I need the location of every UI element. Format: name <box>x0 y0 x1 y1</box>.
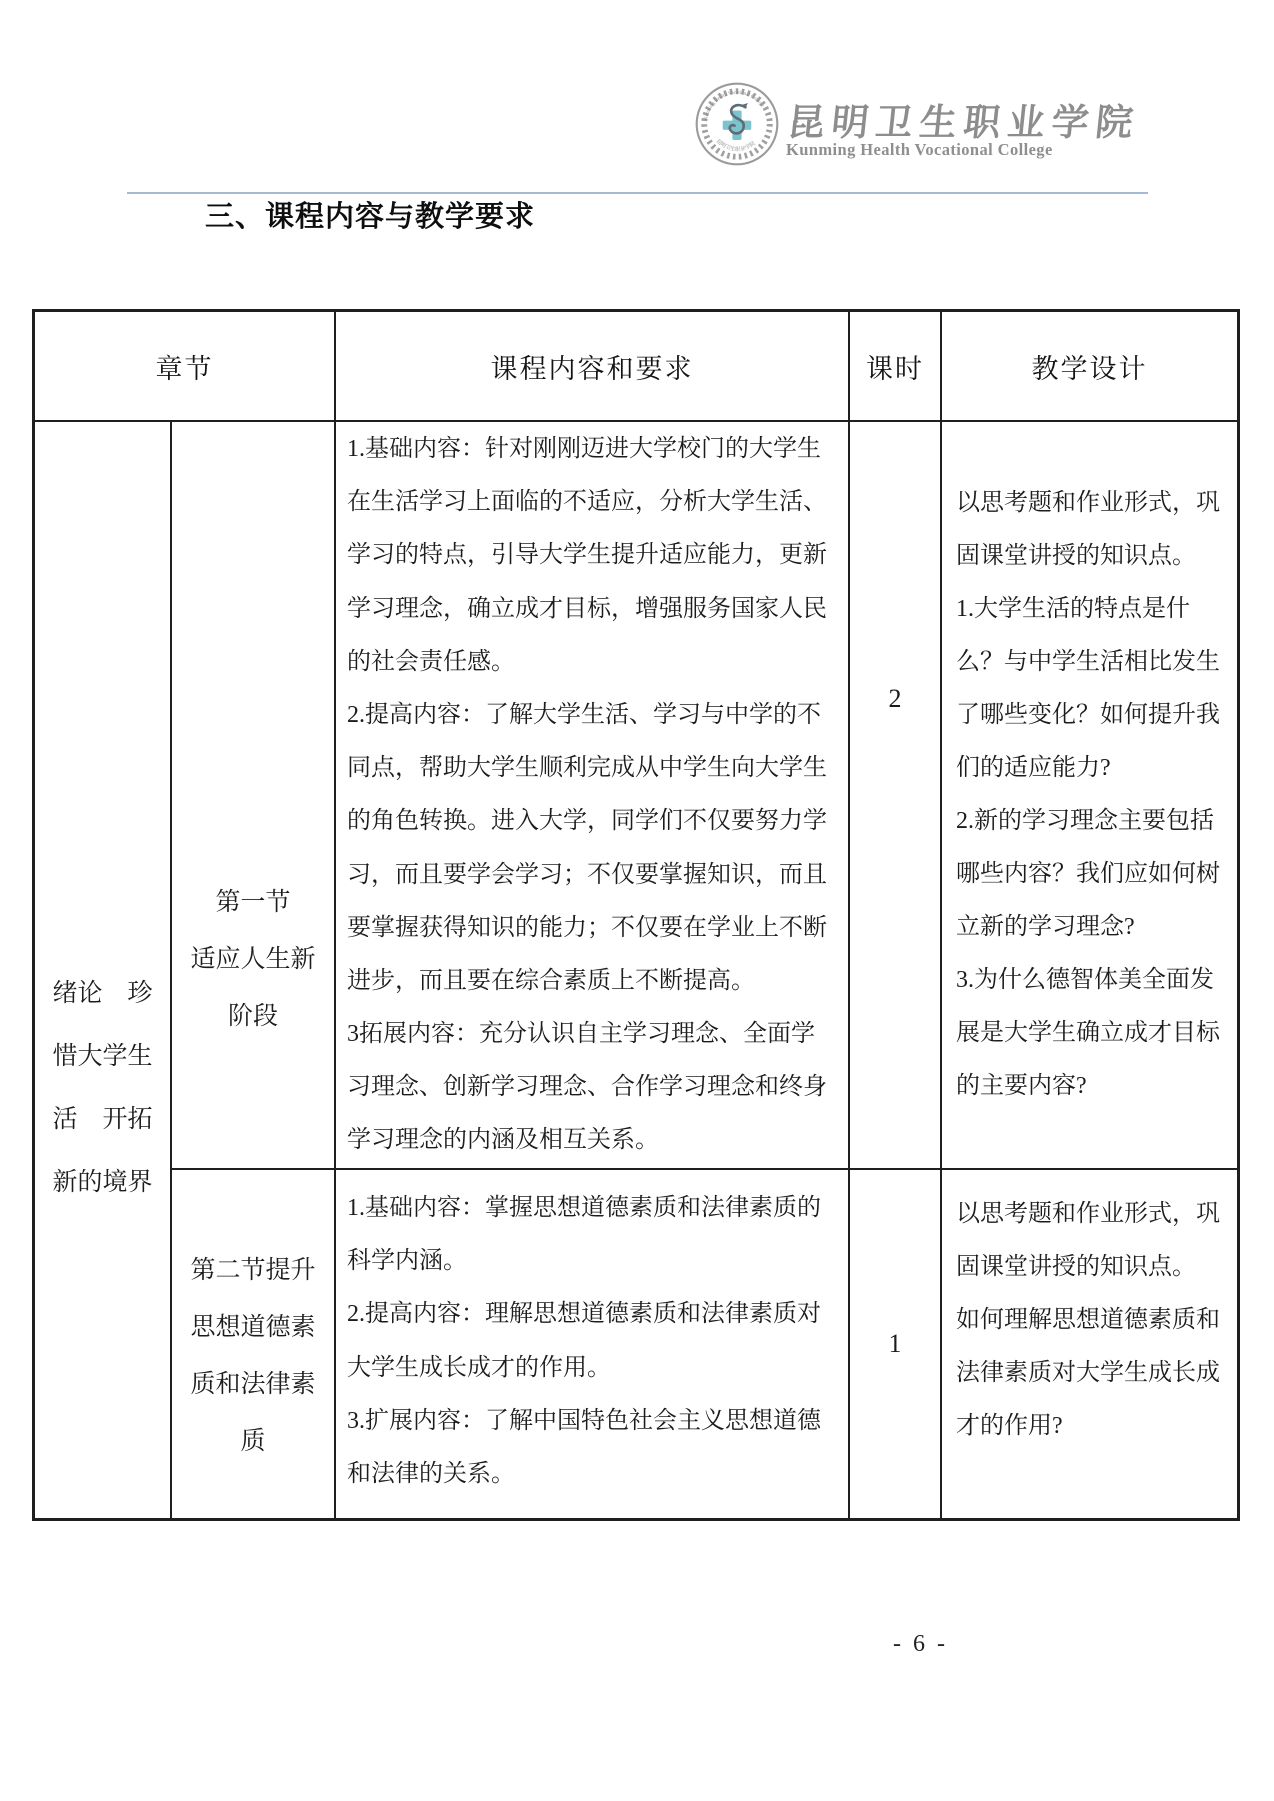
text-line: 进步，而且要在综合素质上不断提高。 <box>347 955 840 1008</box>
text-line: 3.扩展内容：了解中国特色社会主义思想道德 <box>347 1395 840 1448</box>
section-cell-2: 第二节提升思想道德素质和法律素质 <box>170 1168 334 1518</box>
hours-cell-2: 1 <box>848 1168 940 1518</box>
text-line: 3.为什么德智体美全面发 <box>956 954 1237 1007</box>
text-line: 1.基础内容：针对刚刚迈进大学校门的大学生 <box>347 423 840 476</box>
text-line: 固课堂讲授的知识点。 <box>956 530 1237 583</box>
text-line: 阶段 <box>172 988 334 1045</box>
college-name-zh: 昆明卫生职业学院 <box>785 92 1131 146</box>
text-line: 以思考题和作业形式，巩 <box>956 477 1237 530</box>
college-name-en: Kunming Health Vocational College <box>786 140 1146 160</box>
text-line: 质 <box>172 1413 334 1470</box>
text-line: 1.基础内容：掌握思想道德素质和法律素质的 <box>347 1182 840 1235</box>
th-content: 课程内容和要求 <box>334 312 848 420</box>
text-line: 同点，帮助大学生顺利完成从中学生向大学生 <box>347 742 840 795</box>
text-line: 新的境界 <box>35 1151 170 1214</box>
text-line: 的角色转换。进入大学，同学们不仅要努力学 <box>347 795 840 848</box>
content-cell-1: 1.基础内容：针对刚刚迈进大学校门的大学生在生活学习上面临的不适应，分析大学生活… <box>334 420 848 1168</box>
text-line: 习理念、创新学习理念、合作学习理念和终身 <box>347 1061 840 1114</box>
text-line: 第一节 <box>172 874 334 931</box>
text-line: 才的作用? <box>956 1400 1231 1453</box>
text-line: 么？与中学生活相比发生 <box>956 636 1237 689</box>
text-line: 如何理解思想道德素质和 <box>956 1294 1231 1347</box>
content-cell-2: 1.基础内容：掌握思想道德素质和法律素质的科学内涵。2.提高内容：理解思想道德素… <box>334 1168 848 1518</box>
th-chapter: 章节 <box>35 312 334 420</box>
design-cell-1: 以思考题和作业形式，巩固课堂讲授的知识点。1.大学生活的特点是什么？与中学生活相… <box>940 420 1237 1168</box>
text-line: 们的适应能力? <box>956 742 1237 795</box>
hours-value-1: 2 <box>889 684 902 713</box>
text-line: 3拓展内容：充分认识自主学习理念、全面学 <box>347 1008 840 1061</box>
text-line: 习，而且要学会学习；不仅要掌握知识，而且 <box>347 849 840 902</box>
text-line: 1.大学生活的特点是什 <box>956 583 1237 636</box>
text-line: 绪论 珍 <box>35 962 170 1025</box>
text-line: 固课堂讲授的知识点。 <box>956 1241 1231 1294</box>
text-line: 展是大学生确立成才目标 <box>956 1007 1237 1060</box>
text-line: 活 开拓 <box>35 1088 170 1151</box>
hours-value-2: 1 <box>889 1329 902 1359</box>
page-title: 三、课程内容与教学要求 <box>205 194 535 235</box>
text-line: 要掌握获得知识的能力；不仅要在学业上不断 <box>347 902 840 955</box>
text-line: 和法律的关系。 <box>347 1448 840 1501</box>
text-line: 2.提高内容：了解大学生活、学习与中学的不 <box>347 689 840 742</box>
text-line: 科学内涵。 <box>347 1235 840 1288</box>
text-line: 了哪些变化？如何提升我 <box>956 689 1237 742</box>
text-line: 质和法律素 <box>172 1356 334 1413</box>
text-line: 大学生成长成才的作用。 <box>347 1342 840 1395</box>
college-seal-icon: Kunming Health Vocational College 昆明卫生职业… <box>695 82 779 166</box>
text-line: 惜大学生 <box>35 1025 170 1088</box>
text-line: 2.新的学习理念主要包括 <box>956 795 1237 848</box>
text-line: 学习理念，确立成才目标，增强服务国家人民 <box>347 583 840 636</box>
text-line: 的社会责任感。 <box>347 636 840 689</box>
text-line: 学习的特点，引导大学生提升适应能力，更新 <box>347 529 840 582</box>
hours-cell-1: 2 <box>848 420 940 1168</box>
college-logo: Kunming Health Vocational College 昆明卫生职业… <box>695 82 779 166</box>
text-line: 2.提高内容：理解思想道德素质和法律素质对 <box>347 1288 840 1341</box>
text-line: 第二节提升 <box>172 1242 334 1299</box>
text-line: 哪些内容？我们应如何树 <box>956 848 1237 901</box>
text-line: 适应人生新 <box>172 931 334 988</box>
document-page: Kunming Health Vocational College 昆明卫生职业… <box>0 0 1274 1801</box>
design-cell-2: 以思考题和作业形式，巩固课堂讲授的知识点。如何理解思想道德素质和法律素质对大学生… <box>940 1168 1237 1518</box>
text-line: 的主要内容? <box>956 1060 1237 1113</box>
course-table: 章节 课程内容和要求 课时 教学设计 绪论 珍惜大学生活 开拓新的境界 第一节适… <box>32 309 1240 1521</box>
th-design: 教学设计 <box>940 312 1237 420</box>
text-line: 学习理念的内涵及相互关系。 <box>347 1114 840 1167</box>
text-line: 思想道德素 <box>172 1299 334 1356</box>
text-line: 法律素质对大学生成长成 <box>956 1347 1231 1400</box>
text-line: 在生活学习上面临的不适应，分析大学生活、 <box>347 476 840 529</box>
text-line: 以思考题和作业形式，巩 <box>956 1188 1231 1241</box>
page-number: - 6 - <box>893 1631 948 1658</box>
th-hours: 课时 <box>848 312 940 420</box>
section-cell-1: 第一节适应人生新阶段 <box>170 420 334 1168</box>
chapter-cell: 绪论 珍惜大学生活 开拓新的境界 <box>35 420 170 1518</box>
text-line: 立新的学习理念? <box>956 901 1237 954</box>
